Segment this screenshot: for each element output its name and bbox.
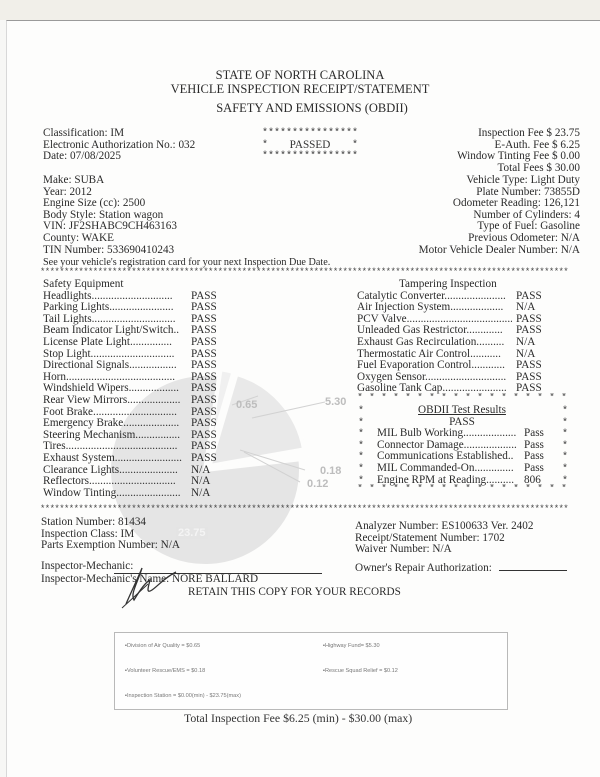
previous-odometer: Previous Odometer: N/A <box>419 233 580 245</box>
tampering-item-row: Fuel Evaporation Control............PASS <box>357 360 542 372</box>
tampering-item-label: Oxygen Sensor...........................… <box>357 372 512 384</box>
legend-highway-fund: ▪Highway Fund= $5.30 <box>323 643 380 649</box>
make: Make: SUBA <box>43 175 177 187</box>
tampering-item-label: Thermostatic Air Control........... <box>357 349 512 361</box>
safety-item-label: Clearance Lights..................... <box>43 465 187 477</box>
dealer-number: Motor Vehicle Dealer Number: N/A <box>419 245 580 257</box>
tampering-item-row: PCV Valve...............................… <box>357 314 542 326</box>
tampering-item-row: Unleaded Gas Restrictor.............PASS <box>357 325 542 337</box>
safety-item-row: Emergency Brake....................PASS <box>43 418 217 430</box>
safety-item-value: PASS <box>191 337 217 349</box>
analyzer-number: Analyzer Number: ES100633 Ver. 2402 <box>355 521 533 533</box>
safety-item-row: Rear View Mirrors...................PASS <box>43 395 217 407</box>
status-stars-top: **************** <box>262 128 358 140</box>
obd-side-star: * <box>562 464 568 476</box>
safety-item-label: Stop Light.............................. <box>43 349 187 361</box>
legend-inspection-station: ▪Inspection Station = $0.00(min) - $23.7… <box>125 693 241 699</box>
safety-item-row: Reflectors..............................… <box>43 476 217 488</box>
safety-item-label: Window Tinting....................... <box>43 488 187 500</box>
safety-list: Headlights.............................P… <box>43 291 217 500</box>
obd-side-star: * <box>562 429 568 441</box>
obd-item-label: Connector Damage................... <box>377 440 522 452</box>
tampering-item-value: PASS <box>516 360 542 372</box>
legend-air-quality-text: Division of Air Quality = $0.65 <box>127 643 200 649</box>
retain-copy-notice: RETAIN THIS COPY FOR YOUR RECORDS <box>188 586 401 598</box>
obd-item-label: MIL Bulb Working................... <box>377 428 522 440</box>
total-fees: Total Fees $ 30.00 <box>457 163 580 175</box>
safety-item-label: Windshield Wipers.................. <box>43 383 187 395</box>
obd-title: OBDII Test Results <box>357 405 567 417</box>
classification: Classification: IM <box>43 128 195 140</box>
safety-item-label: Parking Lights....................... <box>43 302 187 314</box>
vehicle-info-left: Make: SUBA Year: 2012 Engine Size (cc): … <box>43 175 177 256</box>
tampering-item-row: Catalytic Converter.....................… <box>357 291 542 303</box>
safety-item-label: Reflectors..............................… <box>43 476 187 488</box>
safety-item-label: Emergency Brake.................... <box>43 418 187 430</box>
scan-top-edge <box>0 0 600 20</box>
station-info-left: Station Number: 81434 Inspection Class: … <box>41 517 180 552</box>
status-star-right: * <box>352 140 358 152</box>
header-title: VEHICLE INSPECTION RECEIPT/STATEMENT <box>0 82 600 97</box>
obd-item-row: MIL Commanded-On..............Pass <box>377 463 567 475</box>
obd-box: OBDII Test Results PASS MIL Bulb Working… <box>357 405 567 486</box>
tampering-item-label: PCV Valve...............................… <box>357 314 512 326</box>
tin-number: TIN Number: 533690410243 <box>43 245 177 257</box>
obd-side-star: * <box>562 406 568 418</box>
safety-item-value: N/A <box>191 488 210 500</box>
safety-item-label: Exhaust System........................ <box>43 453 187 465</box>
safety-title-text: Safety Equipment <box>43 279 123 291</box>
safety-equipment-section: Safety Equipment Headlights.............… <box>43 279 217 499</box>
legend-rescue-squad-text: Rescue Squad Relief = $0.12 <box>325 668 398 674</box>
obd-stars-bottom: * * * * * * * * * * * * * * * * * * * * … <box>357 484 567 495</box>
vehicle-info-right: Vehicle Type: Light Duty Plate Number: 7… <box>419 175 580 256</box>
obd-side-star: * <box>358 418 364 430</box>
status-stars-bottom: **************** <box>262 151 358 163</box>
safety-item-value: PASS <box>191 395 217 407</box>
safety-item-value: PASS <box>191 418 217 430</box>
tampering-item-row: Exhaust Gas Recirculation..........N/A <box>357 337 542 349</box>
pie-label-highway-fund: 5.30 <box>325 396 346 408</box>
tampering-item-label: Catalytic Converter.....................… <box>357 291 512 303</box>
inspection-fee: Inspection Fee $ 23.75 <box>457 128 580 140</box>
obd-side-star: * <box>562 418 568 430</box>
obd-side-star: * <box>358 464 364 476</box>
safety-item-value: PASS <box>191 453 217 465</box>
parts-exemption: Parts Exemption Number: N/A <box>41 540 180 552</box>
fees-block: Inspection Fee $ 23.75 E-Auth. Fee $ 6.2… <box>457 128 580 174</box>
tampering-item-row: Air Injection System...................N… <box>357 302 542 314</box>
pie-label-inspection-station: 23.75 <box>176 527 208 539</box>
owners-repair-label: Owner's Repair Authorization: <box>355 562 492 574</box>
safety-item-label: Tires...................................… <box>43 441 187 453</box>
obd-side-star: * <box>358 441 364 453</box>
tampering-item-value: N/A <box>516 337 535 349</box>
fee-breakdown-legend: ▪Division of Air Quality = $0.65 ▪Highwa… <box>114 632 508 710</box>
obd-list: MIL Bulb Working...................PassC… <box>357 428 567 486</box>
owners-repair-line <box>499 570 567 571</box>
status-box: **************** * PASSED * ************… <box>262 128 358 163</box>
legend-highway-fund-text: Highway Fund= $5.30 <box>325 643 380 649</box>
tampering-title: Tampering Inspection <box>357 279 542 291</box>
status-passed: PASSED <box>290 140 331 152</box>
vehicle-type: Vehicle Type: Light Duty <box>419 175 580 187</box>
legend-rescue-squad: ▪Rescue Squad Relief = $0.12 <box>323 668 398 674</box>
safety-item-row: Exhaust System........................PA… <box>43 453 217 465</box>
summary-left: Classification: IM Electronic Authorizat… <box>43 128 195 163</box>
obd-side-star: * <box>562 441 568 453</box>
divider-stars-2: ****************************************… <box>40 504 592 514</box>
inspector-signature <box>118 560 178 610</box>
tampering-item-label: Fuel Evaporation Control............ <box>357 360 512 372</box>
obd-item-value: Pass <box>524 463 544 475</box>
tampering-title-text: Tampering Inspection <box>399 279 497 291</box>
safety-item-row: Directional Signals.................PASS <box>43 360 217 372</box>
legend-inspection-station-text: Inspection Station = $0.00(min) - $23.75… <box>127 693 241 699</box>
legend-rescue-ems: ▪Volunteer Rescue/EMS = $0.18 <box>125 668 205 674</box>
pie-label-rescue-squad: 0.12 <box>307 478 328 490</box>
safety-item-label: Rear View Mirrors................... <box>43 395 187 407</box>
obd-side-star: * <box>358 406 364 418</box>
pie-label-rescue-ems: 0.18 <box>320 465 341 477</box>
total-inspection-fee: Total Inspection Fee $6.25 (min) - $30.0… <box>184 711 412 726</box>
tampering-section: Tampering Inspection Catalytic Converter… <box>357 279 542 395</box>
pie-label-air-quality: 0.65 <box>236 399 257 411</box>
tampering-item-row: Thermostatic Air Control...........N/A <box>357 349 542 361</box>
safety-title: Safety Equipment <box>43 279 217 291</box>
station-number: Station Number: 81434 <box>41 517 180 529</box>
header-subtitle: SAFETY AND EMISSIONS (OBDII) <box>12 101 600 116</box>
divider-stars-1: ****************************************… <box>40 267 592 277</box>
obd-side-star: * <box>358 429 364 441</box>
owners-repair-authorization: Owner's Repair Authorization: <box>355 563 567 575</box>
tampering-list: Catalytic Converter.....................… <box>357 291 542 395</box>
obd-item-label: Communications Established.. <box>377 451 522 463</box>
tampering-item-label: Exhaust Gas Recirculation.......... <box>357 337 512 349</box>
safety-item-label: Steering Mechanism................ <box>43 430 187 442</box>
header-state: STATE OF NORTH CAROLINA <box>0 68 600 83</box>
safety-item-label: Beam Indicator Light/Switch.. <box>43 325 187 337</box>
tampering-item-label: Air Injection System................... <box>357 302 512 314</box>
obd-side-star: * <box>562 452 568 464</box>
safety-item-row: License Plate Light...............PASS <box>43 337 217 349</box>
safety-item-label: Horn....................................… <box>43 372 187 384</box>
legend-rescue-ems-text: Volunteer Rescue/EMS = $0.18 <box>127 668 205 674</box>
inspection-date: Date: 07/08/2025 <box>43 151 195 163</box>
county: County: WAKE <box>43 233 177 245</box>
obd-stars-top: * * * * * * * * * * * * * * * * * * * * … <box>357 393 567 404</box>
status-row: * PASSED * <box>262 140 358 152</box>
safety-item-label: Tail Lights.............................… <box>43 314 187 326</box>
obd-side-star: * <box>358 452 364 464</box>
legend-air-quality: ▪Division of Air Quality = $0.65 <box>125 643 200 649</box>
safety-item-row: Window Tinting.......................N/A <box>43 488 217 500</box>
obd-title-text: OBDII Test Results <box>418 404 506 416</box>
status-star-left: * <box>262 140 268 152</box>
safety-item-value: N/A <box>191 476 210 488</box>
tampering-item-label: Unleaded Gas Restrictor............. <box>357 325 512 337</box>
safety-item-label: Directional Signals................. <box>43 360 187 372</box>
station-info-right: Analyzer Number: ES100633 Ver. 2402 Rece… <box>355 521 533 556</box>
waiver-number: Waiver Number: N/A <box>355 544 533 556</box>
obd-item-label: MIL Commanded-On.............. <box>377 463 522 475</box>
safety-item-label: Headlights............................. <box>43 291 187 303</box>
safety-item-value: PASS <box>191 360 217 372</box>
safety-item-label: License Plate Light............... <box>43 337 187 349</box>
tampering-item-row: Oxygen Sensor...........................… <box>357 372 542 384</box>
safety-item-label: Foot Brake.............................. <box>43 407 187 419</box>
